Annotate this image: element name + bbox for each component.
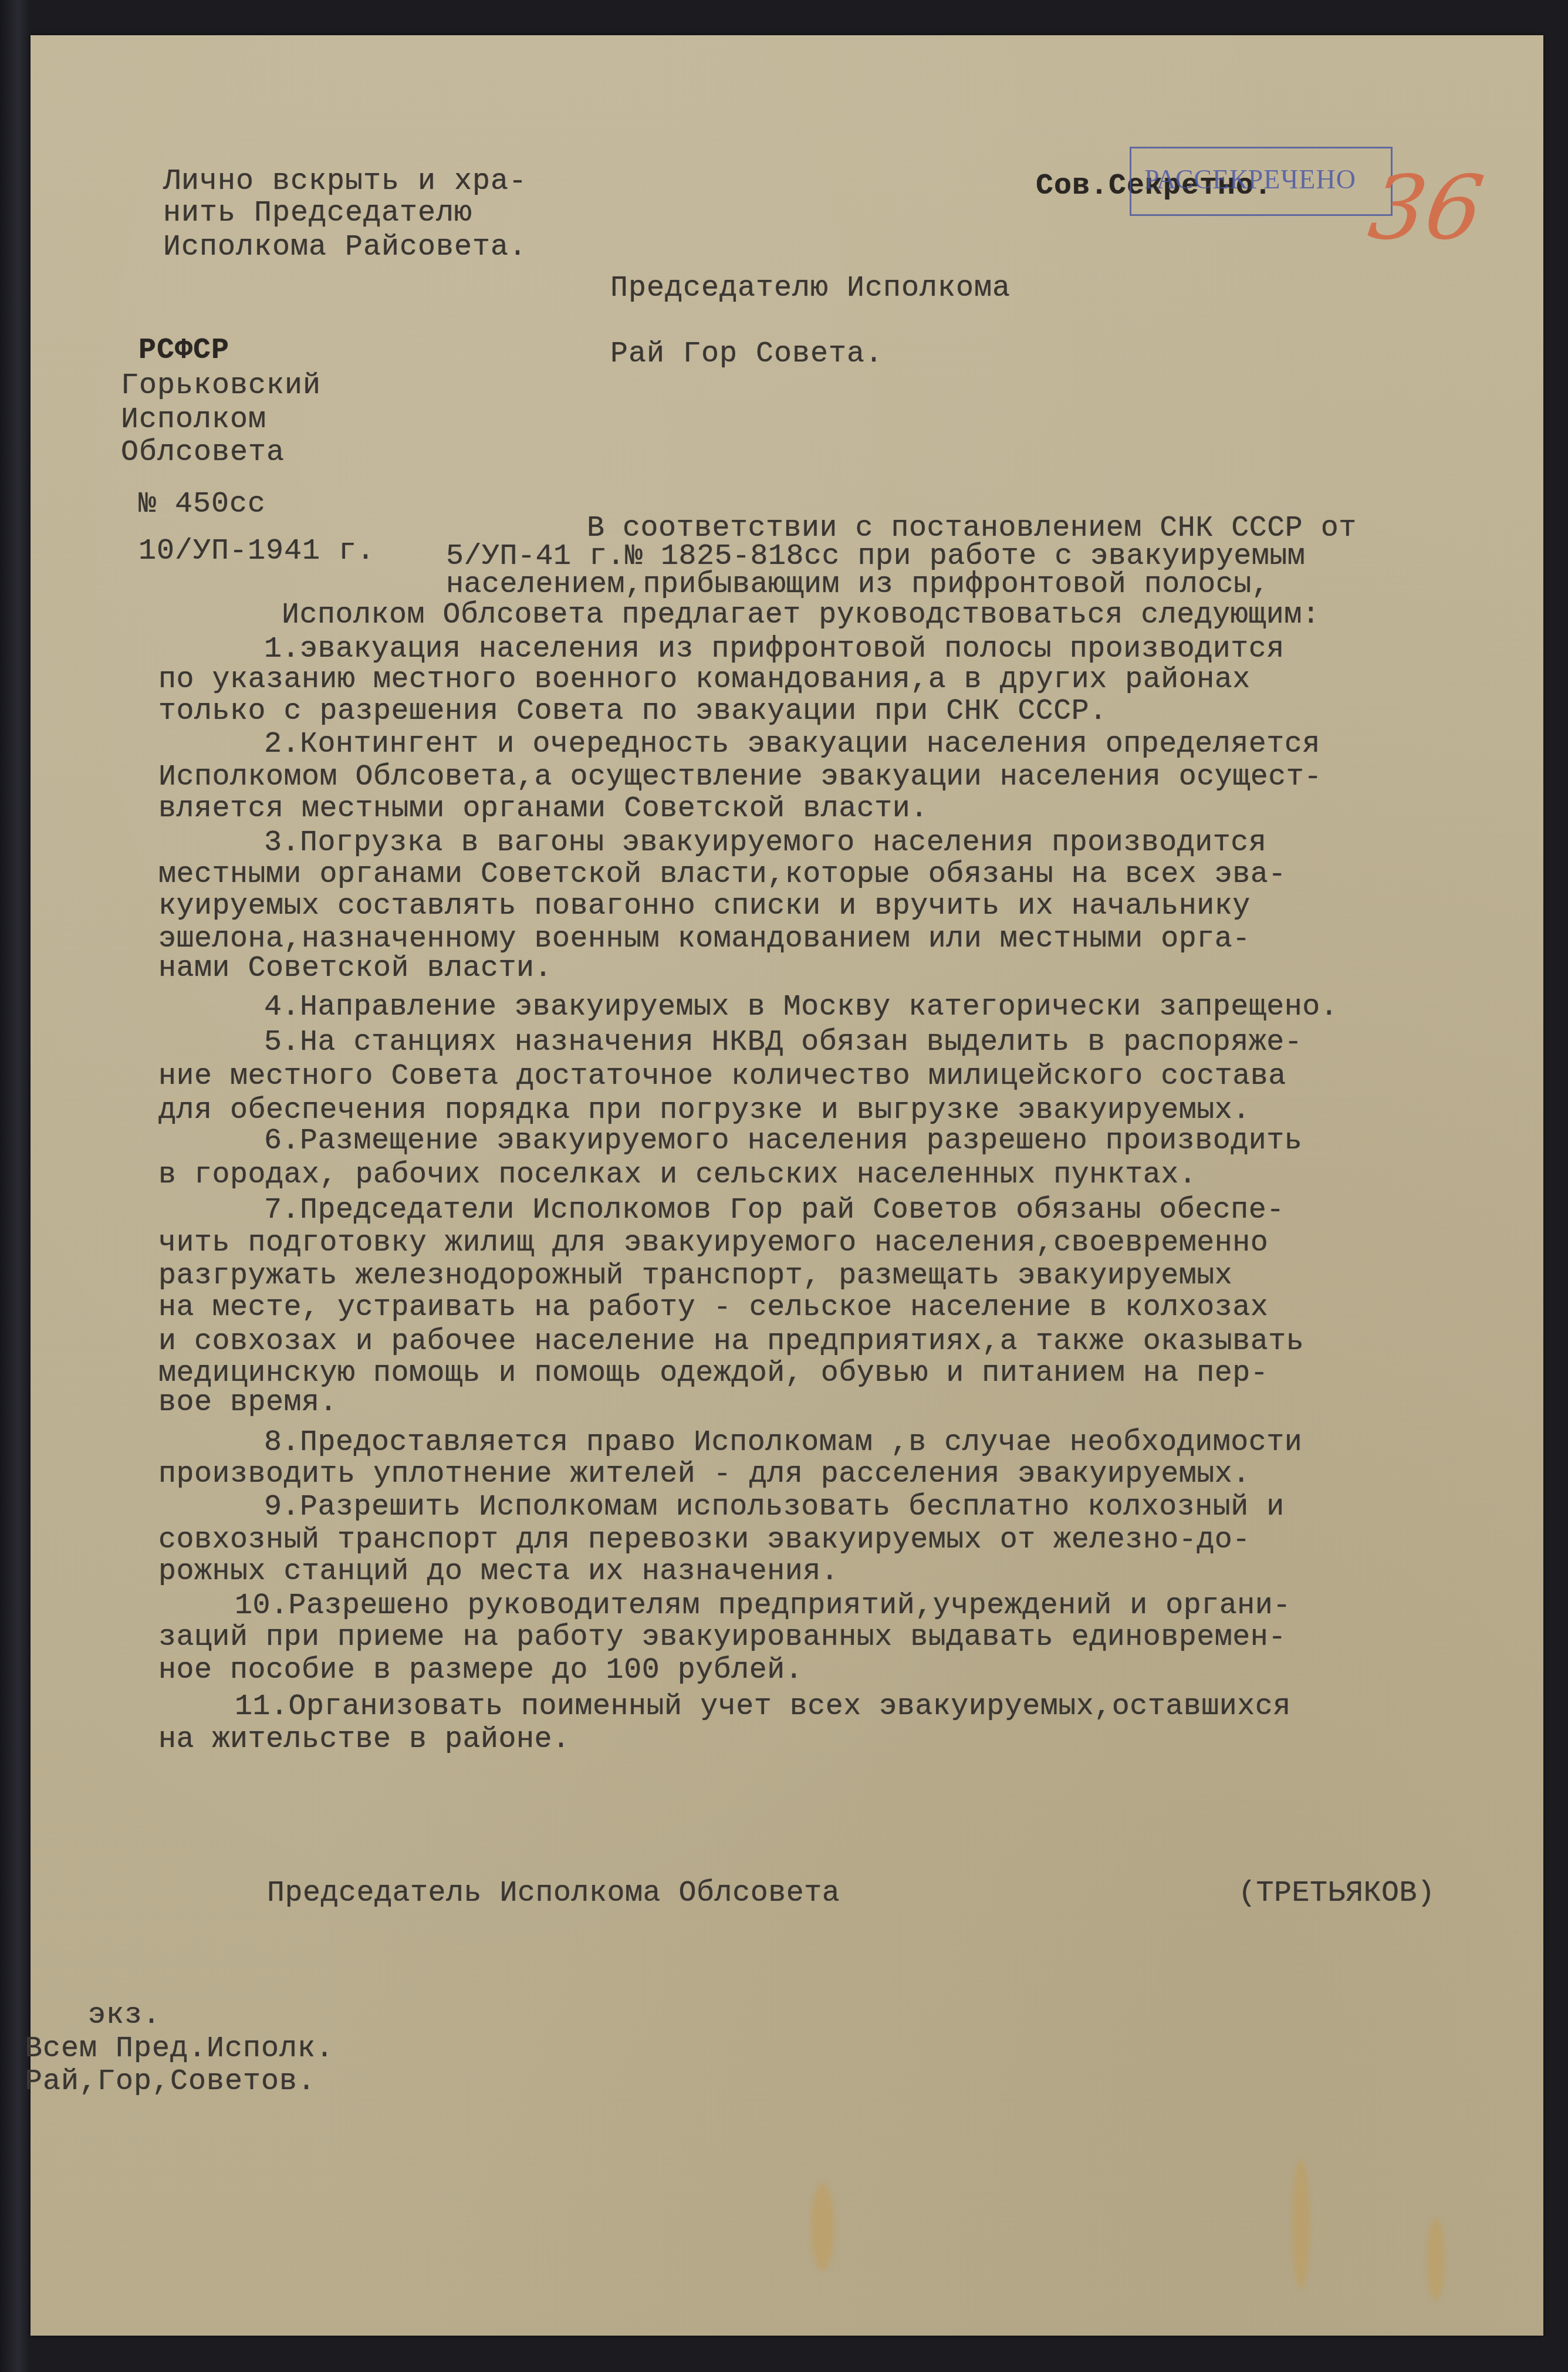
body-line: на жительстве в районе.	[158, 1723, 570, 1756]
sender-line: Исполком	[121, 403, 266, 438]
body-line: ное пособие в размере до 100 рублей.	[158, 1654, 803, 1687]
water-stain	[1427, 2218, 1445, 2300]
declassified-stamp-text: РАССЕКРЕЧЕНО	[1144, 164, 1356, 195]
addressee-line: Рай Гор Совета.	[610, 337, 883, 372]
distribution-line: Всем Пред.Исполк.	[25, 2032, 334, 2067]
body-line: 5.На станциях назначения НКВД обязан выд…	[264, 1026, 1302, 1059]
sender-line: РСФСР	[138, 333, 229, 369]
body-line: только с разрешения Совета по эвакуации …	[158, 695, 1107, 728]
distribution-line: экз.	[88, 1998, 161, 2033]
body-line: по указанию местного военного командован…	[158, 663, 1251, 697]
sender-line: Горьковский	[121, 369, 321, 404]
body-line: 3.Погрузка в вагоны эвакуируемого населе…	[264, 826, 1266, 860]
preamble-line: Исполком Облсовета предлагает руководств…	[282, 599, 1320, 632]
body-line: эшелона,назначенному военным командовани…	[158, 923, 1251, 956]
body-line: на месте, устраивать на работу - сельско…	[158, 1291, 1268, 1324]
body-line: производить уплотнение жителей - для рас…	[158, 1458, 1251, 1491]
sender-line: Облсовета	[121, 435, 285, 471]
signatory-title: Председатель Исполкома Облсовета	[267, 1877, 840, 1910]
body-line: 8.Предоставляется право Исполкомам ,в сл…	[264, 1426, 1302, 1459]
water-stain	[811, 2183, 834, 2271]
body-line: 9.Разрешить Исполкомам использовать бесп…	[264, 1491, 1285, 1524]
declassified-stamp: РАССЕКРЕЧЕНО	[1130, 147, 1393, 216]
body-line: чить подготовку жилищ для эвакуируемого …	[158, 1226, 1268, 1260]
body-line: нами Советской власти.	[158, 952, 552, 985]
body-line: вляется местными органами Советской влас…	[158, 792, 928, 826]
document-date: 10/УП-1941 г.	[138, 534, 375, 569]
body-line: куируемых составлять повагонно списки и …	[158, 890, 1251, 923]
body-line: и совхозах и рабочее население на предпр…	[158, 1325, 1304, 1359]
body-line: Исполкомом Облсовета,а осуществление эва…	[158, 761, 1322, 794]
binding-edge	[0, 0, 31, 2372]
body-line: 10.Разрешено руководителям предприятий,у…	[235, 1589, 1291, 1623]
body-line: медицинскую помощь и помощь одеждой, обу…	[158, 1357, 1268, 1390]
body-line: 1.эвакуация населения из прифронтовой по…	[264, 633, 1285, 666]
body-line: для обеспечения порядка при погрузке и в…	[158, 1094, 1251, 1127]
body-line: в городах, рабочих поселках и сельских н…	[158, 1158, 1197, 1192]
body-line: вое время.	[158, 1386, 337, 1420]
handling-note-line: Исполкома Райсовета.	[163, 230, 527, 265]
signatory-name: (ТРЕТЬЯКОВ)	[1238, 1877, 1435, 1910]
distribution-line: Рай,Гор,Советов.	[25, 2064, 316, 2100]
document-number: № 450сс	[138, 487, 266, 522]
handling-note-line: Лично вскрыть и хра-	[163, 164, 527, 200]
scanned-page: Лично вскрыть и хра- нить Председателю И…	[0, 0, 1568, 2372]
body-line: заций при приеме на работу эвакуированны…	[158, 1621, 1286, 1654]
body-line: 6.Размещение эвакуируемого населения раз…	[264, 1124, 1302, 1158]
body-line: ние местного Совета достаточное количест…	[158, 1060, 1286, 1093]
handling-note-line: нить Председателю	[163, 196, 472, 231]
body-line: 4.Направление эвакуируемых в Москву кате…	[264, 991, 1338, 1024]
body-line: 7.Председатели Исполкомов Гор рай Совето…	[264, 1194, 1285, 1227]
body-line: 11.Организовать поименный учет всех эвак…	[235, 1690, 1291, 1724]
water-stain	[1292, 2160, 1310, 2289]
body-line: местными органами Советской власти,котор…	[158, 858, 1286, 891]
body-line: разгружать железнодорожный транспорт, ра…	[158, 1259, 1232, 1293]
preamble-line: населением,прибывающим из прифронтовой п…	[446, 568, 1269, 602]
body-line: совхозный транспорт для перевозки эвакуи…	[158, 1523, 1251, 1557]
body-line: рожных станций до места их назначения.	[158, 1555, 839, 1589]
addressee-line: Председателю Исполкома	[610, 271, 1011, 306]
body-line: 2.Контингент и очередность эвакуации нас…	[264, 728, 1320, 761]
folio-number: 36	[1364, 164, 1488, 252]
